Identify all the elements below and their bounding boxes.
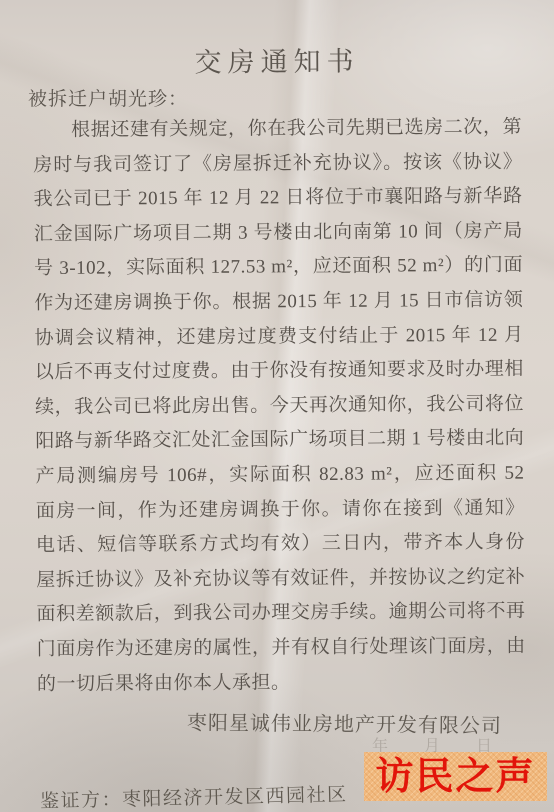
- body-line: 面房一间，作为还建房调换于你。请你在接到《通知》（书面、: [36, 491, 525, 529]
- notice-title: 交房通知书: [0, 38, 554, 81]
- body-line: 产局测编房号 106#，实际面积 82.83 m²，应还面积 52 m²）的门: [35, 457, 524, 495]
- addressee-line: 被拆迁户胡光珍：: [28, 84, 188, 111]
- paper-photo: 交房通知书 被拆迁户胡光珍： 根据还建有关规定，你在我公司先期已选房二次，第三次…: [0, 0, 554, 812]
- body-line: 汇金国际广场项目二期 3 号楼由北向南第 10 间（房产局测编房: [34, 214, 523, 252]
- body-line: 号 3-102，实际面积 127.53 m²，应还面积 52 m²）的门面房一间…: [34, 249, 523, 287]
- notice-body: 根据还建有关规定，你在我公司先期已选房二次，第三次选 房时与我司签订了《房屋拆迁…: [33, 111, 526, 702]
- body-line: 协调会议精神，还建房过度费支付结止于 2015 年 12 月 15 日，: [34, 318, 523, 356]
- body-line: 电话、短信等联系方式均有效）三日内，带齐本人身份证、《房: [36, 526, 525, 564]
- body-line: 的一切后果将由你本人承担。: [37, 664, 526, 702]
- body-line: 作为还建房调换于你。根据 2015 年 12 月 15 日市信访领导小组: [34, 284, 523, 322]
- petitioner-voice-watermark: 访民之声: [364, 752, 547, 801]
- watermark-label: 访民之声: [375, 758, 535, 796]
- body-line: 根据还建有关规定，你在我公司先期已选房二次，第三次选: [33, 111, 522, 149]
- body-line: 续，我公司已将此房出售。今天再次通知你，我公司将位于市襄: [35, 387, 524, 425]
- body-line: 房时与我司签订了《房屋拆迁补充协议》。按该《协议》约定，: [33, 145, 522, 183]
- body-line: 面积差额款后，到我公司办理交房手续。逾期公司将不再保留该: [36, 595, 525, 633]
- body-line: 我公司已于 2015 年 12 月 22 日将位于市襄阳路与新华路交汇处: [33, 180, 522, 218]
- body-line: 屋拆迁协议》及补充协议等有效证件，并按协议之约定补齐多还: [36, 560, 525, 598]
- body-line: 以后不再支付过度费。由于你没有按通知要求及时办理相关手: [35, 353, 524, 391]
- body-line: 阳路与新华路交汇处汇金国际广场项目二期 1 号楼由北向南（房: [35, 422, 524, 460]
- body-line: 门面房作为还建房的属性，并有权自行处理该门面房，由此产生: [37, 629, 526, 667]
- witness-line: 鉴证方：枣阳经济开发区西园社区: [40, 780, 348, 812]
